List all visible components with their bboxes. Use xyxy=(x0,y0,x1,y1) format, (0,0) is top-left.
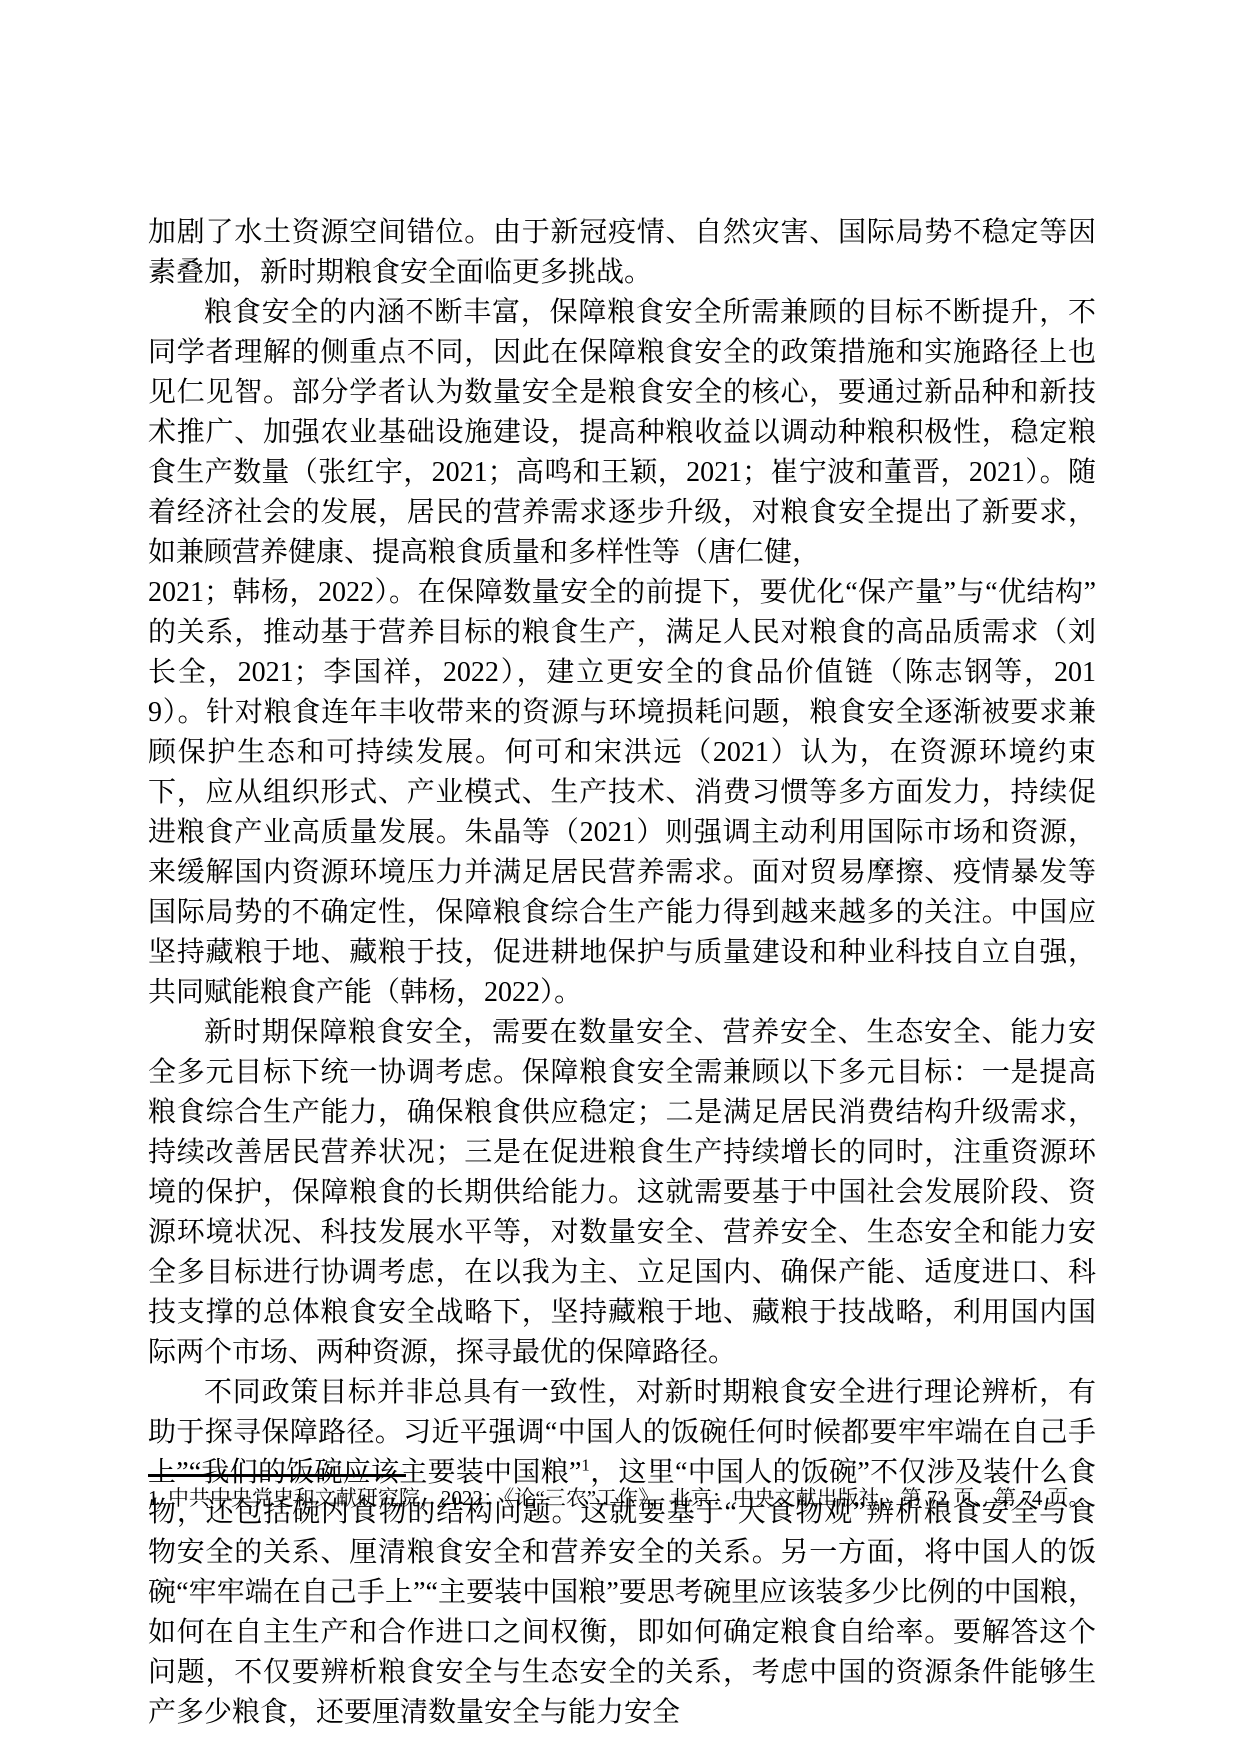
document-page: 加剧了水土资源空间错位。由于新冠疫情、自然灾害、国际局势不稳定等因素叠加，新时期… xyxy=(0,0,1240,1754)
footnote-separator-rule xyxy=(148,1474,406,1477)
footnote-reference-superscript: 1 xyxy=(581,1456,590,1475)
footnote-text: 中共中央党史和文献研究院，2022：《论“三农”工作》，北京：中央文献出版社，第… xyxy=(168,1486,1090,1510)
paragraph-4: 不同政策目标并非总具有一致性，对新时期粮食安全进行理论辨析，有助于探寻保障路径。… xyxy=(148,1373,1096,1733)
footnote-number: 1 xyxy=(148,1486,159,1510)
paragraph-1: 加剧了水土资源空间错位。由于新冠疫情、自然灾害、国际局势不稳定等因素叠加，新时期… xyxy=(148,213,1096,293)
paragraph-3: 新时期保障粮食安全，需要在数量安全、营养安全、生态安全、能力安全多元目标下统一协… xyxy=(148,1013,1096,1373)
paragraph-2: 粮食安全的内涵不断丰富，保障粮食安全所需兼顾的目标不断提升，不同学者理解的侧重点… xyxy=(148,293,1096,1013)
footnote: 1中共中央党史和文献研究院，2022：《论“三农”工作》，北京：中央文献出版社，… xyxy=(148,1484,1096,1512)
